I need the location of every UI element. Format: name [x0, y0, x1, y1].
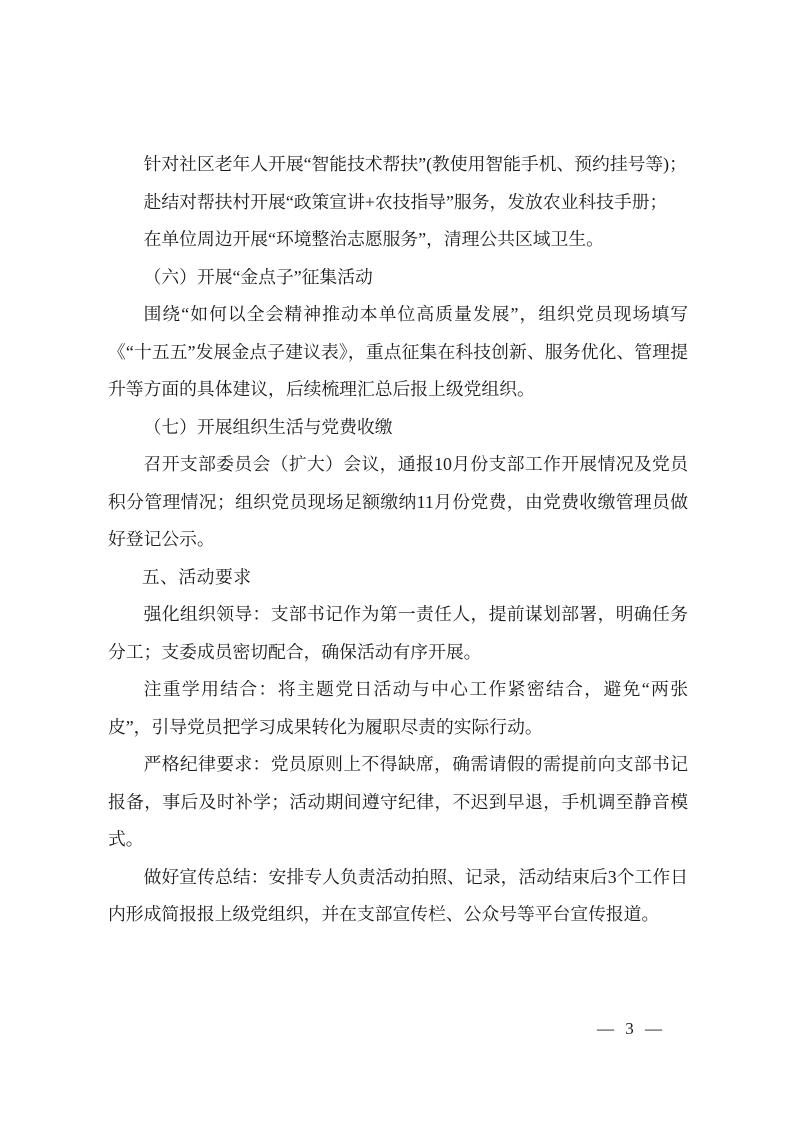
paragraph-requirement-leadership: 强化组织领导：支部书记作为第一责任人，提前谋划部署，明确任务分工；支委成员密切配…	[108, 596, 688, 671]
document-page: 针对社区老年人开展“智能技术帮扶”(教使用智能手机、预约挂号等)； 赴结对帮扶村…	[0, 0, 794, 1122]
document-body: 针对社区老年人开展“智能技术帮扶”(教使用智能手机、预约挂号等)； 赴结对帮扶村…	[108, 146, 688, 934]
paragraph-section-6-body: 围绕“如何以全会精神推动本单位高质量发展”，组织党员现场填写《“十五五”发展金点…	[108, 296, 688, 409]
paragraph-volunteer-item-3: 在单位周边开展“环境整治志愿服务”，清理公共区域卫生。	[108, 221, 688, 259]
paragraph-volunteer-item-2: 赴结对帮扶村开展“政策宣讲+农技指导”服务，发放农业科技手册；	[108, 184, 688, 222]
paragraph-volunteer-item-1: 针对社区老年人开展“智能技术帮扶”(教使用智能手机、预约挂号等)；	[108, 146, 688, 184]
page-number: — 3 —	[597, 1018, 662, 1040]
paragraph-requirement-discipline: 严格纪律要求：党员原则上不得缺席，确需请假的需提前向支部书记报备，事后及时补学；…	[108, 746, 688, 859]
heading-part-5-requirements: 五、活动要求	[108, 559, 688, 597]
heading-section-6: （六）开展“金点子”征集活动	[108, 259, 688, 297]
paragraph-section-7-body: 召开支部委员会（扩大）会议，通报10月份支部工作开展情况及党员积分管理情况；组织…	[108, 446, 688, 559]
paragraph-requirement-publicity: 做好宣传总结：安排专人负责活动拍照、记录，活动结束后3个工作日内形成简报报上级党…	[108, 859, 688, 934]
paragraph-requirement-learning: 注重学用结合：将主题党日活动与中心工作紧密结合，避免“两张皮”，引导党员把学习成…	[108, 671, 688, 746]
heading-section-7: （七）开展组织生活与党费收缴	[108, 409, 688, 447]
